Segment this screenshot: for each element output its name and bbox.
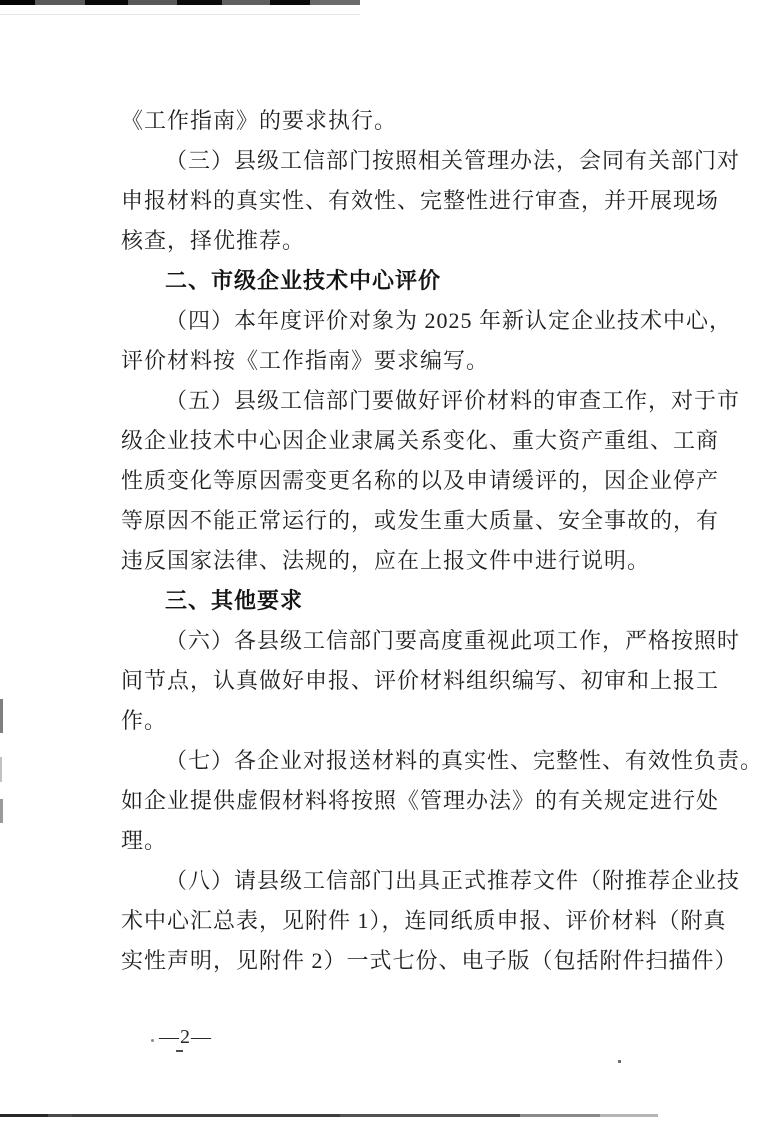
text-line: 理。	[121, 821, 673, 861]
scan-speck	[176, 1050, 183, 1052]
text-line: 间节点，认真做好申报、评价材料组织编写、初审和上报工	[121, 661, 673, 701]
document-body: 《工作指南》的要求执行。（三）县级工信部门按照相关管理办法，会同有关部门对申报材…	[121, 101, 673, 981]
text-line: 评价材料按《工作指南》要求编写。	[121, 341, 673, 381]
scan-artifact-left-edge	[0, 699, 3, 733]
page-number: —2—	[159, 1026, 212, 1049]
text-line: 作。	[121, 701, 673, 741]
scan-speck	[618, 1060, 621, 1063]
text-line: 性质变化等原因需变更名称的以及申请缓评的，因企业停产	[121, 461, 673, 501]
text-line: 如企业提供虚假材料将按照《管理办法》的有关规定进行处	[121, 781, 673, 821]
text-line: （五）县级工信部门要做好评价材料的审查工作，对于市	[121, 381, 673, 421]
scan-artifact-top-ghost-line	[0, 14, 360, 15]
text-line: （三）县级工信部门按照相关管理办法，会同有关部门对	[121, 141, 673, 181]
text-line: （四）本年度评价对象为 2025 年新认定企业技术中心，	[121, 301, 673, 341]
text-line: 申报材料的真实性、有效性、完整性进行审查，并开展现场	[121, 181, 673, 221]
document-page: 《工作指南》的要求执行。（三）县级工信部门按照相关管理办法，会同有关部门对申报材…	[0, 0, 783, 1121]
scan-artifact-bottom-edge	[0, 1114, 658, 1117]
section-heading: 二、市级企业技术中心评价	[121, 261, 673, 301]
text-line: 级企业技术中心因企业隶属关系变化、重大资产重组、工商	[121, 421, 673, 461]
text-line: （六）各县级工信部门要高度重视此项工作，严格按照时	[121, 621, 673, 661]
text-line: 实性声明，见附件 2）一式七份、电子版（包括附件扫描件）	[121, 941, 673, 981]
text-line: 术中心汇总表，见附件 1），连同纸质申报、评价材料（附真	[121, 901, 673, 941]
text-line: 违反国家法律、法规的，应在上报文件中进行说明。	[121, 541, 673, 581]
scan-artifact-top-edge	[0, 0, 360, 5]
text-line: （七）各企业对报送材料的真实性、完整性、有效性负责。	[121, 741, 673, 781]
scan-artifact-left-edge	[0, 757, 2, 782]
text-line: 等原因不能正常运行的，或发生重大质量、安全事故的，有	[121, 501, 673, 541]
text-line: 《工作指南》的要求执行。	[121, 101, 673, 141]
scan-speck	[151, 1039, 154, 1042]
text-line: 核查，择优推荐。	[121, 221, 673, 261]
scan-artifact-left-edge	[0, 799, 3, 823]
text-line: （八）请县级工信部门出具正式推荐文件（附推荐企业技	[121, 861, 673, 901]
section-heading: 三、其他要求	[121, 581, 673, 621]
